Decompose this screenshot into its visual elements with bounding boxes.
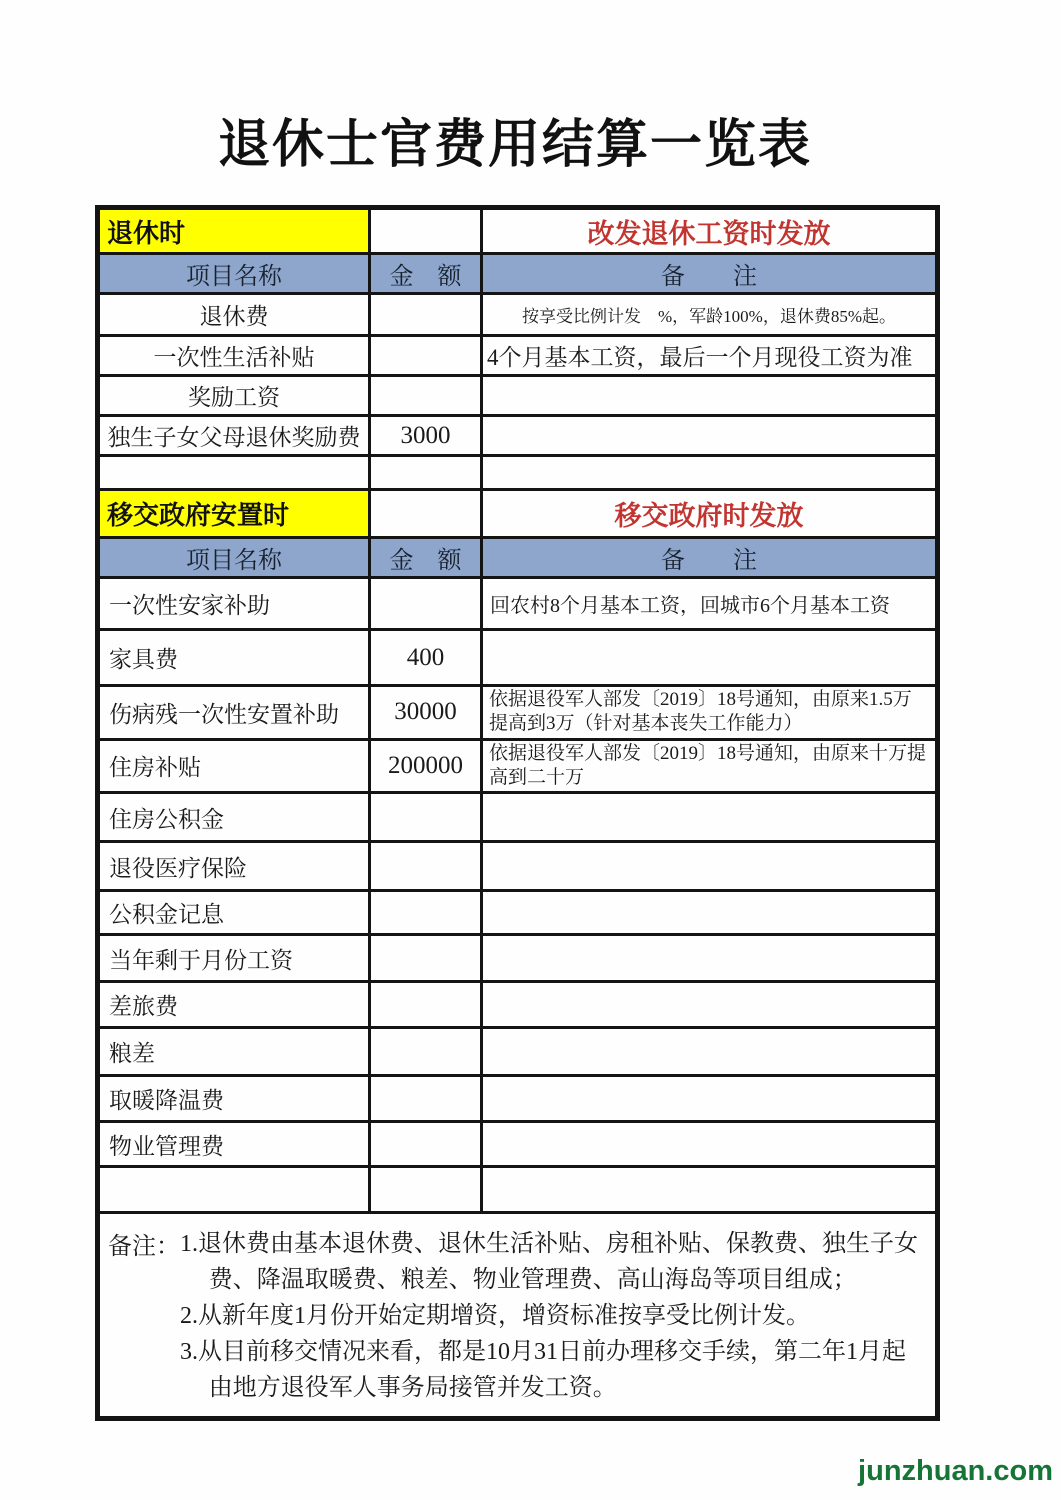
notes-label: 备注： (108, 1226, 180, 1261)
item-remark: 回农村8个月基本工资，回城市6个月基本工资 (482, 578, 938, 630)
item-remark: 4个月基本工资，最后一个月现役工资为准 (482, 336, 938, 376)
empty-cell (370, 490, 482, 538)
item-name: 退役医疗保险 (98, 842, 370, 891)
item-name: 差旅费 (98, 982, 370, 1028)
note-item: 3.从目前移交情况来看，都是10月31日前办理移交手续，第二年1月起由地方退役军… (180, 1334, 919, 1406)
notes-cell: 备注： 1.退休费由基本退休费、退休生活补贴、房租补贴、保教费、独生子女费、降温… (98, 1213, 938, 1419)
item-name: 住房公积金 (98, 793, 370, 842)
table-row: 独生子女父母退休奖励费 3000 (98, 416, 938, 456)
section-label: 退休时 (98, 208, 370, 254)
note-item: 1.退休费由基本退休费、退休生活补贴、房租补贴、保教费、独生子女费、降温取暖费、… (180, 1226, 919, 1298)
release-note: 移交政府时发放 (482, 490, 938, 538)
item-name (98, 1167, 370, 1213)
item-remark (482, 416, 938, 456)
item-remark (482, 1076, 938, 1122)
item-name: 伤病残一次性安置补助 (98, 686, 370, 740)
table-row: 物业管理费 (98, 1122, 938, 1167)
section-banner-transfer: 移交政府安置时 移交政府时发放 (98, 490, 938, 538)
item-name: 住房补贴 (98, 739, 370, 793)
item-remark (482, 630, 938, 686)
item-amount: 400 (370, 630, 482, 686)
item-remark: 依据退役军人部发〔2019〕18号通知，由原来1.5万提高到3万（针对基本丧失工… (482, 686, 938, 740)
page-title: 退休士官费用结算一览表 (95, 102, 935, 177)
item-remark (482, 891, 938, 935)
table-row: 一次性安家补助 回农村8个月基本工资，回城市6个月基本工资 (98, 578, 938, 630)
item-amount (370, 336, 482, 376)
table-row: 当年剩于月份工资 (98, 935, 938, 982)
item-amount (370, 376, 482, 416)
item-amount (370, 1167, 482, 1213)
item-name: 独生子女父母退休奖励费 (98, 416, 370, 456)
item-remark: 依据退役军人部发〔2019〕18号通知，由原来十万提高到二十万 (482, 739, 938, 793)
table-row: 差旅费 (98, 982, 938, 1028)
item-remark (482, 456, 938, 490)
table-row: 公积金记息 (98, 891, 938, 935)
item-amount: 200000 (370, 739, 482, 793)
item-name (98, 456, 370, 490)
note-item: 2.从新年度1月份开始定期增资，增资标准按享受比例计发。 (180, 1298, 919, 1334)
item-amount (370, 891, 482, 935)
table-row: 退役医疗保险 (98, 842, 938, 891)
item-amount (370, 1076, 482, 1122)
item-amount (370, 1028, 482, 1076)
table-row: 住房公积金 (98, 793, 938, 842)
table-row (98, 456, 938, 490)
column-header-row: 项目名称 金 额 备 注 (98, 254, 938, 294)
col-header-remark: 备 注 (482, 538, 938, 578)
notes-row: 备注： 1.退休费由基本退休费、退休生活补贴、房租补贴、保教费、独生子女费、降温… (98, 1213, 938, 1419)
item-name: 一次性生活补贴 (98, 336, 370, 376)
release-note: 改发退休工资时发放 (482, 208, 938, 254)
empty-cell (370, 208, 482, 254)
item-remark (482, 793, 938, 842)
site-watermark: junzhuan.com (858, 1455, 1053, 1488)
col-header-name: 项目名称 (98, 538, 370, 578)
item-amount: 30000 (370, 686, 482, 740)
item-remark (482, 1028, 938, 1076)
table-row: 粮差 (98, 1028, 938, 1076)
column-header-row: 项目名称 金 额 备 注 (98, 538, 938, 578)
item-remark: 按享受比例计发 %，军龄100%，退休费85%起。 (482, 294, 938, 336)
item-amount (370, 935, 482, 982)
section-banner-retirement: 退休时 改发退休工资时发放 (98, 208, 938, 254)
table-row: 伤病残一次性安置补助 30000 依据退役军人部发〔2019〕18号通知，由原来… (98, 686, 938, 740)
item-amount (370, 982, 482, 1028)
item-name: 退休费 (98, 294, 370, 336)
notes-list: 1.退休费由基本退休费、退休生活补贴、房租补贴、保教费、独生子女费、降温取暖费、… (180, 1226, 919, 1406)
item-name: 家具费 (98, 630, 370, 686)
item-amount (370, 1122, 482, 1167)
item-amount (370, 842, 482, 891)
table-row: 住房补贴 200000 依据退役军人部发〔2019〕18号通知，由原来十万提高到… (98, 739, 938, 793)
col-header-name: 项目名称 (98, 254, 370, 294)
table-row: 奖励工资 (98, 376, 938, 416)
table-row: 退休费 按享受比例计发 %，军龄100%，退休费85%起。 (98, 294, 938, 336)
item-remark (482, 842, 938, 891)
col-header-amount: 金 额 (370, 254, 482, 294)
table-row: 取暖降温费 (98, 1076, 938, 1122)
document-page: 退休士官费用结算一览表 退休时 改发退休工资时发放 项目名称 金 额 备 注 退… (0, 0, 1061, 1500)
item-amount (370, 578, 482, 630)
item-remark (482, 935, 938, 982)
table-row: 家具费 400 (98, 630, 938, 686)
item-amount (370, 294, 482, 336)
item-remark (482, 1122, 938, 1167)
item-name: 公积金记息 (98, 891, 370, 935)
item-amount (370, 793, 482, 842)
item-remark (482, 1167, 938, 1213)
col-header-amount: 金 额 (370, 538, 482, 578)
item-name: 奖励工资 (98, 376, 370, 416)
table-row (98, 1167, 938, 1213)
item-amount: 3000 (370, 416, 482, 456)
table-row: 一次性生活补贴 4个月基本工资，最后一个月现役工资为准 (98, 336, 938, 376)
item-name: 取暖降温费 (98, 1076, 370, 1122)
col-header-remark: 备 注 (482, 254, 938, 294)
item-name: 物业管理费 (98, 1122, 370, 1167)
settlement-table: 退休时 改发退休工资时发放 项目名称 金 额 备 注 退休费 按享受比例计发 %… (95, 205, 940, 1421)
item-name: 一次性安家补助 (98, 578, 370, 630)
section-label: 移交政府安置时 (98, 490, 370, 538)
item-remark (482, 376, 938, 416)
fee-table: 退休时 改发退休工资时发放 项目名称 金 额 备 注 退休费 按享受比例计发 %… (95, 205, 940, 1421)
item-amount (370, 456, 482, 490)
item-remark (482, 982, 938, 1028)
item-name: 当年剩于月份工资 (98, 935, 370, 982)
item-name: 粮差 (98, 1028, 370, 1076)
